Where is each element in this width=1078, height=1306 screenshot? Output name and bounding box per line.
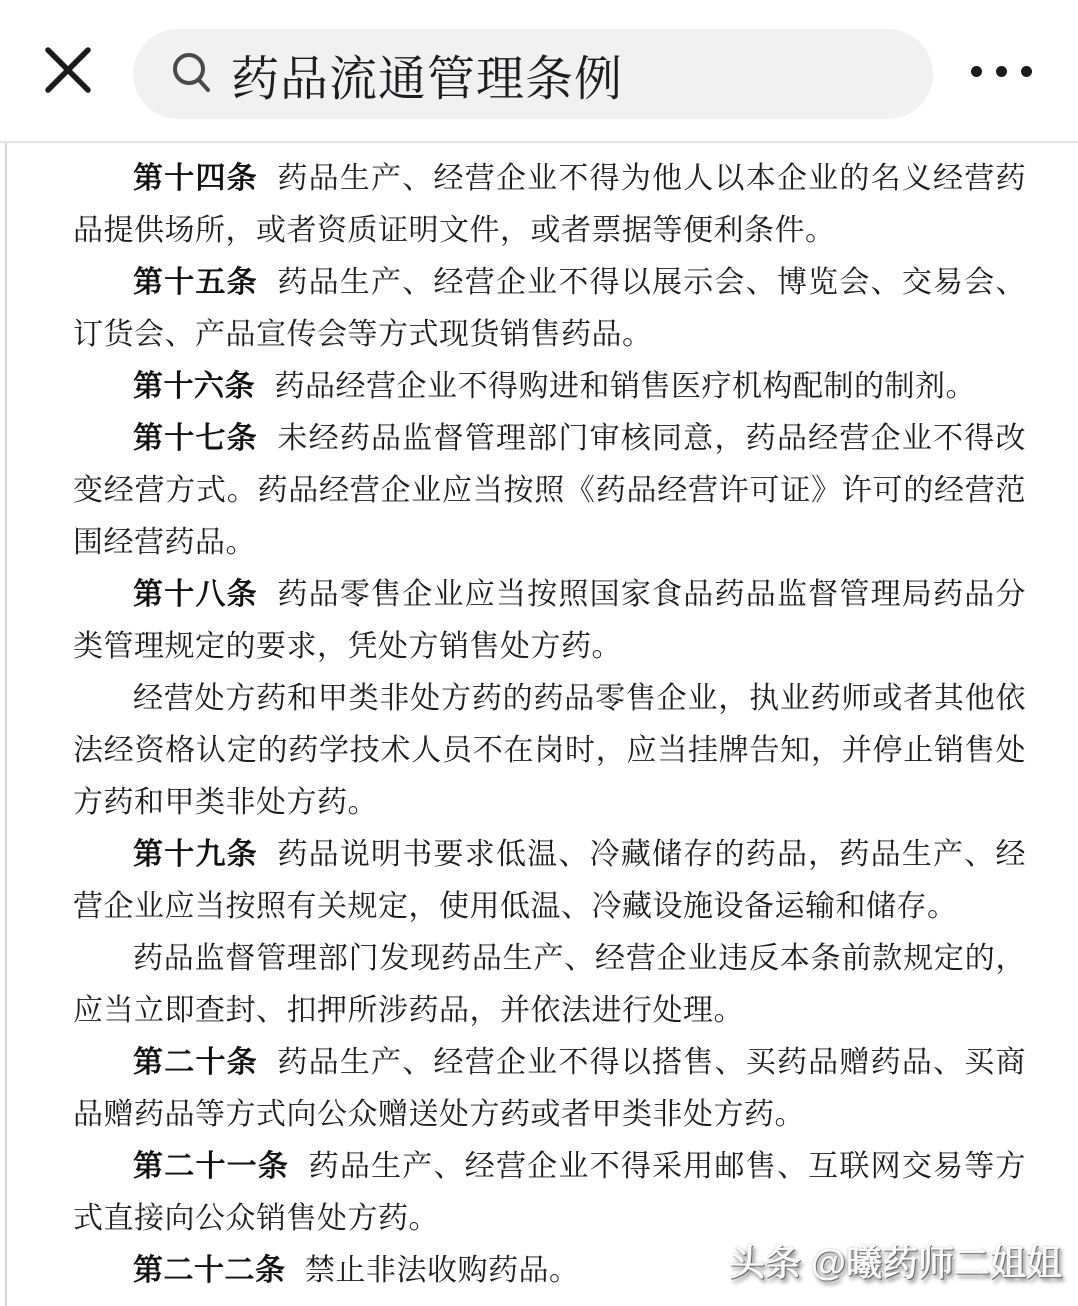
article-paragraph: 第十四条药品生产、经营企业不得为他人以本企业的名义经营药品提供场所，或者资质证明… — [73, 153, 1026, 257]
more-dots-icon — [996, 66, 1007, 77]
article-paragraph: 药品监督管理部门发现药品生产、经营企业违反本条前款规定的，应当立即查封、扣押所涉… — [73, 933, 1026, 1037]
article-paragraph: 第十五条药品生产、经营企业不得以展示会、博览会、交易会、订货会、产品宣传会等方式… — [73, 257, 1026, 361]
article-paragraph: 经营处方药和甲类非处方药的药品零售企业，执业药师或者其他依法经资格认定的药学技术… — [73, 673, 1026, 829]
article-number: 第二十一条 — [133, 1150, 289, 1183]
article-number: 第十五条 — [133, 266, 258, 299]
more-menu-button[interactable] — [971, 56, 1032, 86]
article-number: 第十七条 — [133, 422, 258, 455]
article-number: 第十四条 — [133, 162, 258, 195]
document-page: 第十四条药品生产、经营企业不得为他人以本企业的名义经营药品提供场所，或者资质证明… — [5, 143, 1078, 1306]
article-text: 经营处方药和甲类非处方药的药品零售企业，执业药师或者其他依法经资格认定的药学技术… — [73, 682, 1026, 819]
article-paragraph: 第十七条未经药品监督管理部门审核同意，药品经营企业不得改变经营方式。药品经营企业… — [73, 413, 1026, 569]
more-dots-icon — [1021, 66, 1032, 77]
search-input[interactable]: 药品流通管理条例 — [133, 29, 933, 119]
article-number: 第十九条 — [133, 838, 258, 871]
article-number: 第十八条 — [133, 578, 258, 611]
article-paragraph: 第十六条药品经营企业不得购进和销售医疗机构配制的制剂。 — [73, 361, 1026, 413]
more-dots-icon — [971, 66, 982, 77]
search-query-text: 药品流通管理条例 — [231, 40, 623, 109]
search-header: 药品流通管理条例 — [0, 0, 1078, 143]
article-text: 药品经营企业不得购进和销售医疗机构配制的制剂。 — [275, 370, 977, 403]
article-number: 第十六条 — [133, 370, 255, 403]
article-number: 第二十条 — [133, 1046, 258, 1079]
article-paragraph: 第二十条药品生产、经营企业不得以搭售、买药品赠药品、买商品赠药品等方式向公众赠送… — [73, 1037, 1026, 1141]
article-paragraph: 第二十一条药品生产、经营企业不得采用邮售、互联网交易等方式直接向公众销售处方药。 — [73, 1141, 1026, 1245]
app-screen: 药品流通管理条例 第十四条药品生产、经营企业不得为他人以本企业的名义经营药品提供… — [0, 0, 1078, 1306]
close-icon — [40, 42, 96, 98]
article-paragraph: 第十九条药品说明书要求低温、冷藏储存的药品，药品生产、经营企业应当按照有关规定，… — [73, 829, 1026, 933]
close-button[interactable] — [40, 42, 96, 98]
article-number: 第二十二条 — [133, 1254, 286, 1287]
article-text: 药品监督管理部门发现药品生产、经营企业违反本条前款规定的，应当立即查封、扣押所涉… — [73, 942, 1026, 1027]
article-paragraph: 第十八条药品零售企业应当按照国家食品药品监督管理局药品分类管理规定的要求，凭处方… — [73, 569, 1026, 673]
watermark-text: 头条 @曦药师二姐姐 — [729, 1235, 1062, 1286]
article-text: 禁止非法收购药品。 — [305, 1254, 580, 1287]
search-icon — [169, 49, 215, 100]
